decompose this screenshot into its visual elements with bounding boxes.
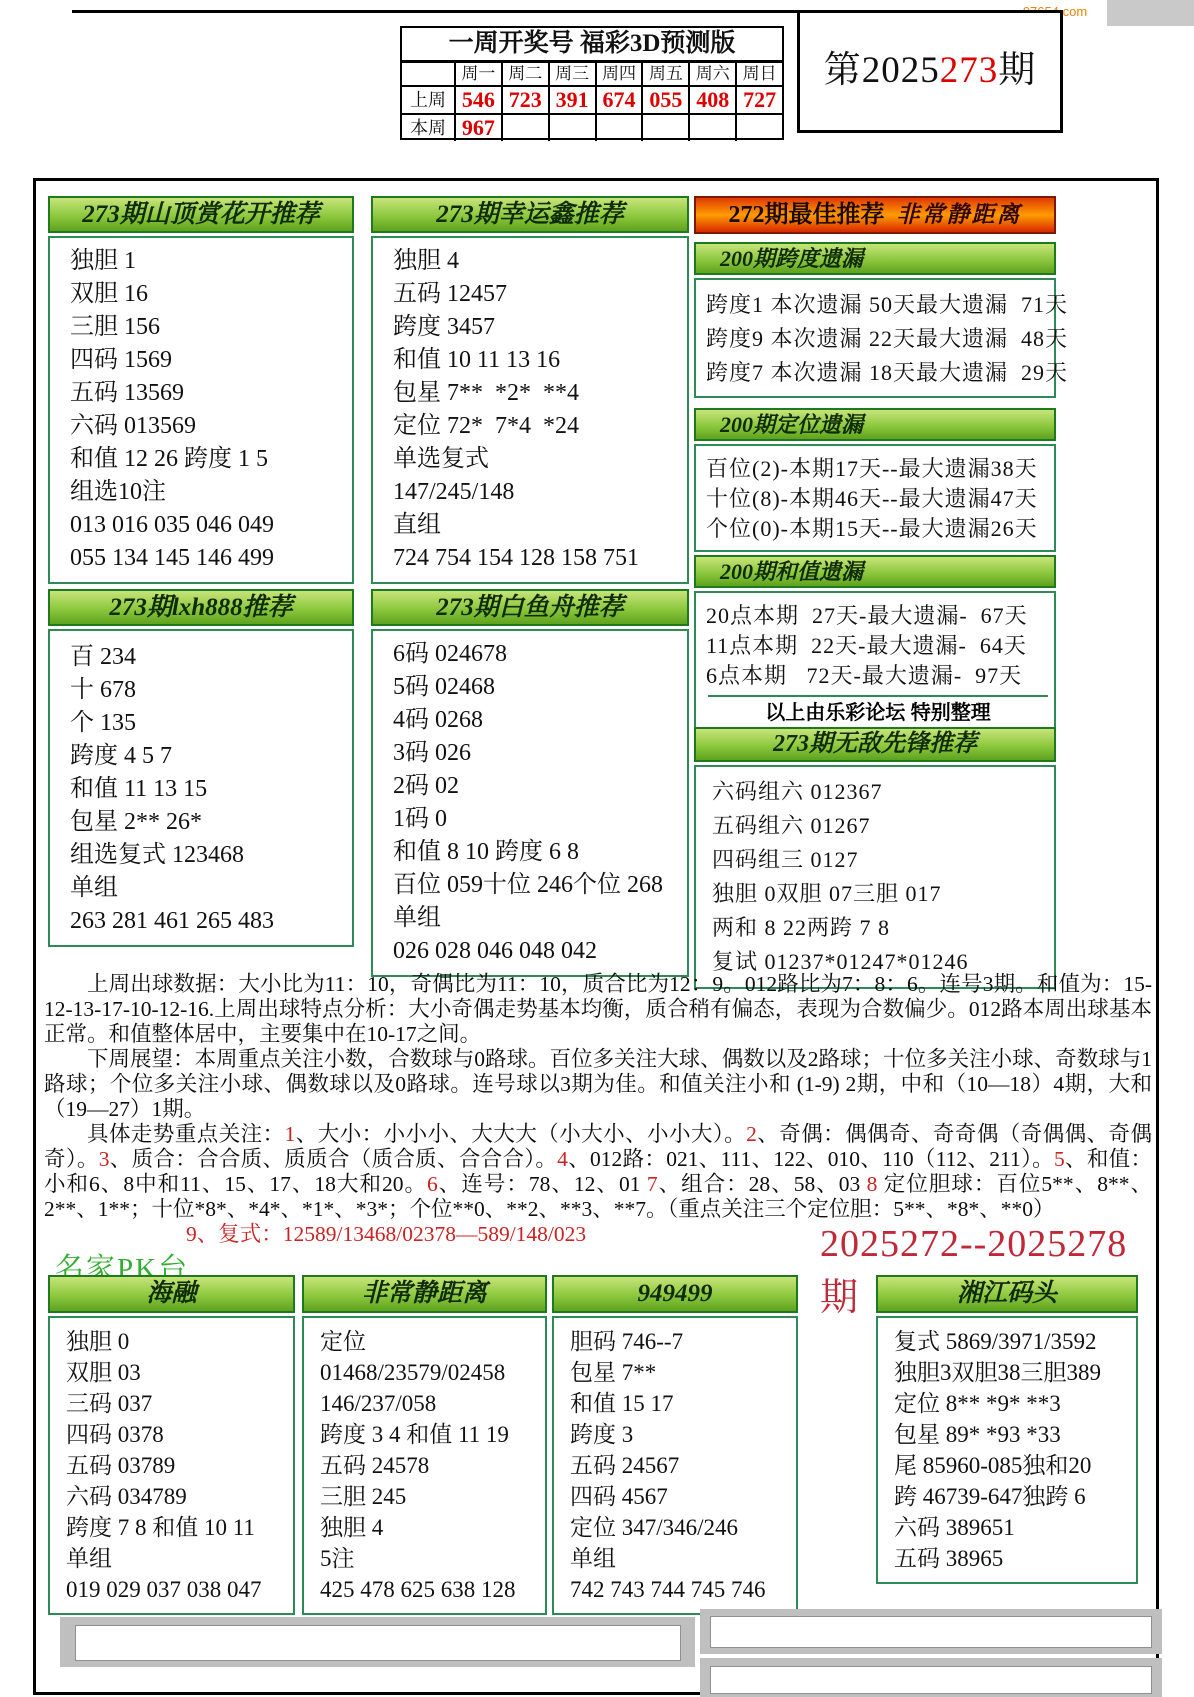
panel-wudi: 273期无敌先锋推荐 六码组六 012367五码组六 01267四码组三 012… — [694, 727, 1056, 989]
panel-baiyuzhou-title: 273期白鱼舟推荐 — [371, 589, 689, 626]
weekly-table-header-row: 周一周二周三周四周五周六周日 — [402, 63, 782, 85]
text-line: 个位(0)-本期15天--最大遗漏26天 — [706, 514, 1050, 544]
text-line: 013 016 035 046 049 — [70, 509, 348, 542]
text-line: 11点本期 22天-最大遗漏- 64天 — [706, 631, 1050, 661]
text-line: 跨度9 本次遗漏 22天最大遗漏 48天 — [706, 322, 1050, 356]
weekday-cells: 周一周二周三周四周五周六周日 — [454, 63, 782, 85]
text-line: 双胆 16 — [70, 278, 348, 311]
text-line: 个 135 — [70, 707, 348, 740]
red-text-segment: 8 — [867, 1172, 878, 1196]
red-text-segment: 9、复式：12589/13468/02378—589/148/023 — [186, 1222, 586, 1246]
analysis-paragraph-2: 下周展望：本周重点关注小数，合数球与0路球。百位多关注大球、偶数以及2路球；十位… — [44, 1047, 1152, 1122]
text-line: 跨度 3 4 和值 11 19 — [320, 1419, 541, 1450]
text-line: 定位 72* 7*4 *24 — [393, 410, 683, 443]
text-line: 五码 24567 — [570, 1450, 792, 1481]
text-line: 胆码 746--7 — [570, 1326, 792, 1357]
text-line: 6码 024678 — [393, 638, 683, 671]
text-line: 独胆 4 — [320, 1512, 541, 1543]
pk-panel-hairong: 海融 独胆 0双胆 03三码 037四码 0378五码 03789六码 0347… — [48, 1275, 295, 1615]
text-line: 四码 0378 — [66, 1419, 289, 1450]
weekly-corner-cell — [402, 63, 454, 85]
text-line — [641, 115, 688, 141]
panel-shanding-body: 独胆 1双胆 16三胆 156四码 1569五码 13569六码 013569和… — [48, 236, 354, 584]
issue-number: 第2025273期 — [800, 13, 1060, 128]
text-line: 026 028 046 048 042 — [393, 935, 683, 968]
text-line: 和值 8 10 跨度 6 8 — [393, 836, 683, 869]
text-line: 包星 7** *2* **4 — [393, 377, 683, 410]
text-line: 定位 347/346/246 — [570, 1512, 792, 1543]
text-line: 十位(8)-本期46天--最大遗漏47天 — [706, 484, 1050, 514]
text-line: 跨度1 本次遗漏 50天最大遗漏 71天 — [706, 288, 1050, 322]
pk-panel-hairong-title: 海融 — [48, 1275, 295, 1313]
text-line: 六码 034789 — [66, 1481, 289, 1512]
text-line: 定位 — [320, 1326, 541, 1357]
text-line: 和值 15 17 — [570, 1388, 792, 1419]
page: 97654.com 一周开奖号 福彩3D预测版 周一周二周三周四周五周六周日 上… — [0, 0, 1194, 1697]
text-segment: 、大小：小小小、大大大（小大小、小小大）。 — [295, 1122, 746, 1146]
text-segment: 、组合：28、58、03 — [658, 1172, 867, 1196]
text-line: 六码组六 012367 — [712, 775, 1050, 809]
panel-wudi-body: 六码组六 012367五码组六 01267四码组三 0127独胆 0双胆 07三… — [694, 765, 1056, 989]
best-recommend-author: 非常静距离 — [897, 202, 1022, 227]
analysis-text-block: 上周出球数据：大小比为11：10，奇偶比为11：10，质合比为12：9。012路… — [44, 972, 1152, 1247]
panel-shanding-title: 273期山顶赏花开推荐 — [48, 196, 354, 233]
pk-panel-949499: 949499 胆码 746--7包星 7**和值 15 17跨度 3五码 245… — [552, 1275, 798, 1615]
panel-xingyunxin-title: 273期幸运鑫推荐 — [371, 196, 689, 233]
text-segment: 具体走势重点关注： — [87, 1122, 285, 1146]
text-segment: 期 — [998, 50, 1036, 91]
pk-panel-xiangjiangmatou-title: 湘江码头 — [876, 1275, 1138, 1313]
text-line: 055 — [641, 87, 688, 113]
text-line: 跨度7 本次遗漏 18天最大遗漏 29天 — [706, 356, 1050, 390]
text-line: 五码 38965 — [894, 1543, 1132, 1574]
text-line: 546 — [454, 87, 501, 113]
text-line: 408 — [688, 87, 735, 113]
text-line: 十 678 — [70, 674, 348, 707]
panel-baiyuzhou: 273期白鱼舟推荐 6码 0246785码 024684码 02683码 026… — [371, 589, 689, 977]
text-line: 五码 03789 — [66, 1450, 289, 1481]
footer-grey-bar-right-1 — [700, 1609, 1162, 1654]
text-line: 6点本期 72天-最大遗漏- 97天 — [706, 661, 1050, 691]
text-line: 百位(2)-本期17天--最大遗漏38天 — [706, 454, 1050, 484]
best-recommend-header: 272期最佳推荐 非常静距离 — [694, 196, 1056, 234]
text-line: 独胆 4 — [393, 245, 683, 278]
text-segment: 、质合：合合质、质质合（质合质、合合合）。 — [109, 1147, 557, 1171]
red-text-segment: 273 — [940, 50, 999, 91]
pk-panel-feichangjingjuli-title: 非常静距离 — [302, 1275, 547, 1313]
footer-input-box-right-1[interactable] — [710, 1616, 1152, 1648]
corner-grey-block — [1107, 0, 1194, 26]
text-line: 单组 — [66, 1543, 289, 1574]
text-line: 包星 2** 26* — [70, 806, 348, 839]
panel-dingwei-title: 200期定位遗漏 — [694, 408, 1056, 441]
text-line: 和值 10 11 13 16 — [393, 344, 683, 377]
this-week-row: 本周 967 — [402, 113, 782, 141]
text-line: 周日 — [735, 63, 782, 85]
pk-panel-hairong-body: 独胆 0双胆 03三码 037四码 0378五码 03789六码 034789跨… — [48, 1316, 295, 1615]
text-line: 跨 46739-647独跨 6 — [894, 1481, 1132, 1512]
text-line: 单选复式 — [393, 443, 683, 476]
text-line: 跨度 7 8 和值 10 11 — [66, 1512, 289, 1543]
text-line: 四码 1569 — [70, 344, 348, 377]
text-line: 单组 — [393, 902, 683, 935]
pk-panel-feichangjingjuli: 非常静距离 定位01468/23579/02458146/237/058跨度 3… — [302, 1275, 547, 1615]
this-week-label: 本周 — [402, 115, 454, 141]
text-line: 2码 02 — [393, 770, 683, 803]
lecai-credit: 以上由乐彩论坛 特别整理 — [706, 700, 1050, 726]
text-line: 跨度 3 — [570, 1419, 792, 1450]
text-line: 三胆 245 — [320, 1481, 541, 1512]
text-line: 五码 12457 — [393, 278, 683, 311]
text-line: 独胆 0 — [66, 1326, 289, 1357]
panel-shanding: 273期山顶赏花开推荐 独胆 1双胆 16三胆 156四码 1569五码 135… — [48, 196, 354, 584]
text-line: 425 478 625 638 128 — [320, 1574, 541, 1605]
panel-dingwei-omission: 200期定位遗漏 百位(2)-本期17天--最大遗漏38天十位(8)-本期46天… — [694, 408, 1056, 552]
analysis-paragraph-3: 具体走势重点关注：1、大小：小小小、大大大（小大小、小小大）。2、奇偶：偶偶奇、… — [44, 1122, 1152, 1222]
panel-hezhi-body: 20点本期 27天-最大遗漏- 67天11点本期 22天-最大遗漏- 64天6点… — [694, 591, 1056, 734]
text-line: 跨度 4 5 7 — [70, 740, 348, 773]
text-line: 三码 037 — [66, 1388, 289, 1419]
panel-lxh888-body: 百 234十 678个 135跨度 4 5 7和值 11 13 15包星 2**… — [48, 629, 354, 947]
text-line — [548, 115, 595, 141]
text-line: 百 234 — [70, 641, 348, 674]
red-text-segment: 2 — [746, 1122, 757, 1146]
analysis-paragraph-1: 上周出球数据：大小比为11：10，奇偶比为11：10，质合比为12：9。012路… — [44, 972, 1152, 1047]
text-line: 周四 — [595, 63, 642, 85]
text-line: 147/245/148 — [393, 476, 683, 509]
text-line: 1码 0 — [393, 803, 683, 836]
panel-xingyunxin: 273期幸运鑫推荐 独胆 4五码 12457跨度 3457和值 10 11 13… — [371, 196, 689, 584]
text-line: 019 029 037 038 047 — [66, 1574, 289, 1605]
red-text-segment: 1 — [285, 1122, 296, 1146]
last-week-row: 上周 546723391674055408727 — [402, 85, 782, 113]
text-line: 周五 — [641, 63, 688, 85]
panel-hezhi-omission: 200期和值遗漏 20点本期 27天-最大遗漏- 67天11点本期 22天-最大… — [694, 555, 1056, 734]
panel-wudi-title: 273期无敌先锋推荐 — [694, 727, 1056, 762]
red-text-segment: 6 — [427, 1172, 438, 1196]
text-line: 263 281 461 265 483 — [70, 905, 348, 938]
text-line: 146/237/058 — [320, 1388, 541, 1419]
text-line: 727 — [735, 87, 782, 113]
last-week-cells: 546723391674055408727 — [454, 87, 782, 113]
text-line: 双胆 03 — [66, 1357, 289, 1388]
pk-panel-949499-title: 949499 — [552, 1275, 798, 1313]
panel-kuadu-body: 跨度1 本次遗漏 50天最大遗漏 71天跨度9 本次遗漏 22天最大遗漏 48天… — [694, 278, 1056, 398]
text-line: 六码 389651 — [894, 1512, 1132, 1543]
text-line: 独胆3双胆38三胆389 — [894, 1357, 1132, 1388]
text-line — [595, 115, 642, 141]
text-line: 五码组六 01267 — [712, 809, 1050, 843]
panel-kuadu-omission: 200期跨度遗漏 跨度1 本次遗漏 50天最大遗漏 71天跨度9 本次遗漏 22… — [694, 242, 1056, 398]
text-line: 5码 02468 — [393, 671, 683, 704]
text-line: 单组 — [570, 1543, 792, 1574]
red-text-segment: 3 — [99, 1147, 110, 1171]
pk-panel-xiangjiangmatou: 湘江码头 复式 5869/3971/3592独胆3双胆38三胆389定位 8**… — [876, 1275, 1138, 1584]
panel-lxh888-title: 273期lxh888推荐 — [48, 589, 354, 626]
text-line — [735, 115, 782, 141]
text-line: 周一 — [454, 63, 501, 85]
text-line: 周二 — [501, 63, 548, 85]
text-line: 和值 12 26 跨度 1 5 — [70, 443, 348, 476]
text-line — [688, 115, 735, 141]
red-text-segment: 7 — [647, 1172, 658, 1196]
footer-input-box-right-2[interactable] — [710, 1666, 1152, 1694]
text-line: 四码 4567 — [570, 1481, 792, 1512]
hezhi-divider — [708, 695, 1048, 697]
text-line: 三胆 156 — [70, 311, 348, 344]
footer-grey-bar-right-2 — [700, 1658, 1162, 1697]
text-line: 724 754 154 128 158 751 — [393, 542, 683, 575]
text-line: 尾 85960-085独和20 — [894, 1450, 1132, 1481]
text-line: 674 — [595, 87, 642, 113]
text-line: 3码 026 — [393, 737, 683, 770]
text-line: 六码 013569 — [70, 410, 348, 443]
footer-input-box-left[interactable] — [75, 1625, 681, 1661]
text-line: 20点本期 27天-最大遗漏- 67天 — [706, 601, 1050, 631]
text-line: 复式 5869/3971/3592 — [894, 1326, 1132, 1357]
text-line: 百位 059十位 246个位 268 — [393, 869, 683, 902]
text-segment: 、连号：78、12、01 — [438, 1172, 647, 1196]
text-line: 周六 — [688, 63, 735, 85]
text-line: 723 — [501, 87, 548, 113]
text-line: 跨度 3457 — [393, 311, 683, 344]
text-line: 直组 — [393, 509, 683, 542]
text-line: 单组 — [70, 872, 348, 905]
text-line: 周三 — [548, 63, 595, 85]
text-line: 391 — [548, 87, 595, 113]
text-line — [501, 115, 548, 141]
text-line: 和值 11 13 15 — [70, 773, 348, 806]
text-line: 五码 24578 — [320, 1450, 541, 1481]
weekly-table: 周一周二周三周四周五周六周日 上周 546723391674055408727 … — [402, 60, 782, 141]
red-text-segment: 4 — [557, 1147, 568, 1171]
issue-number-box: 第2025273期 — [797, 10, 1063, 133]
text-line: 055 134 145 146 499 — [70, 542, 348, 575]
panel-hezhi-title: 200期和值遗漏 — [694, 555, 1056, 588]
panel-baiyuzhou-body: 6码 0246785码 024684码 02683码 0262码 021码 0和… — [371, 629, 689, 977]
pk-panel-949499-body: 胆码 746--7包星 7**和值 15 17跨度 3五码 24567四码 45… — [552, 1316, 798, 1615]
text-line: 四码组三 0127 — [712, 843, 1050, 877]
text-line: 742 743 744 745 746 — [570, 1574, 792, 1605]
panel-xingyunxin-body: 独胆 4五码 12457跨度 3457和值 10 11 13 16包星 7** … — [371, 236, 689, 584]
text-segment: 第2025 — [824, 50, 940, 91]
text-line: 五码 13569 — [70, 377, 348, 410]
text-line: 5注 — [320, 1543, 541, 1574]
text-line: 两和 8 22两跨 7 8 — [712, 911, 1050, 945]
text-segment: 、012路：021、111、122、010、110（112、211）。 — [568, 1147, 1054, 1171]
panel-kuadu-title: 200期跨度遗漏 — [694, 242, 1056, 275]
text-line: 组选10注 — [70, 476, 348, 509]
pk-panel-feichangjingjuli-body: 定位01468/23579/02458146/237/058跨度 3 4 和值 … — [302, 1316, 547, 1615]
best-recommend-title: 272期最佳推荐 — [729, 202, 885, 228]
text-line: 4码 0268 — [393, 704, 683, 737]
pk-panel-xiangjiangmatou-body: 复式 5869/3971/3592独胆3双胆38三胆389定位 8** *9* … — [876, 1316, 1138, 1584]
text-line: 01468/23579/02458 — [320, 1357, 541, 1388]
text-line: 967 — [454, 115, 501, 141]
panel-dingwei-body: 百位(2)-本期17天--最大遗漏38天十位(8)-本期46天--最大遗漏47天… — [694, 444, 1056, 552]
weekly-draw-panel: 一周开奖号 福彩3D预测版 周一周二周三周四周五周六周日 上周 54672339… — [400, 26, 784, 140]
this-week-cells: 967 — [454, 115, 782, 141]
red-text-segment: 5 — [1054, 1147, 1065, 1171]
weekly-title: 一周开奖号 福彩3D预测版 — [402, 28, 782, 60]
text-line: 独胆 1 — [70, 245, 348, 278]
text-line: 独胆 0双胆 07三胆 017 — [712, 877, 1050, 911]
text-line: 包星 89* *93 *33 — [894, 1419, 1132, 1450]
text-line: 定位 8** *9* **3 — [894, 1388, 1132, 1419]
panel-hezhi-lines: 20点本期 27天-最大遗漏- 67天11点本期 22天-最大遗漏- 64天6点… — [706, 601, 1050, 691]
last-week-label: 上周 — [402, 87, 454, 113]
panel-lxh888: 273期lxh888推荐 百 234十 678个 135跨度 4 5 7和值 1… — [48, 589, 354, 947]
footer-grey-bar-left — [60, 1617, 695, 1667]
text-line: 组选复式 123468 — [70, 839, 348, 872]
text-line: 包星 7** — [570, 1357, 792, 1388]
